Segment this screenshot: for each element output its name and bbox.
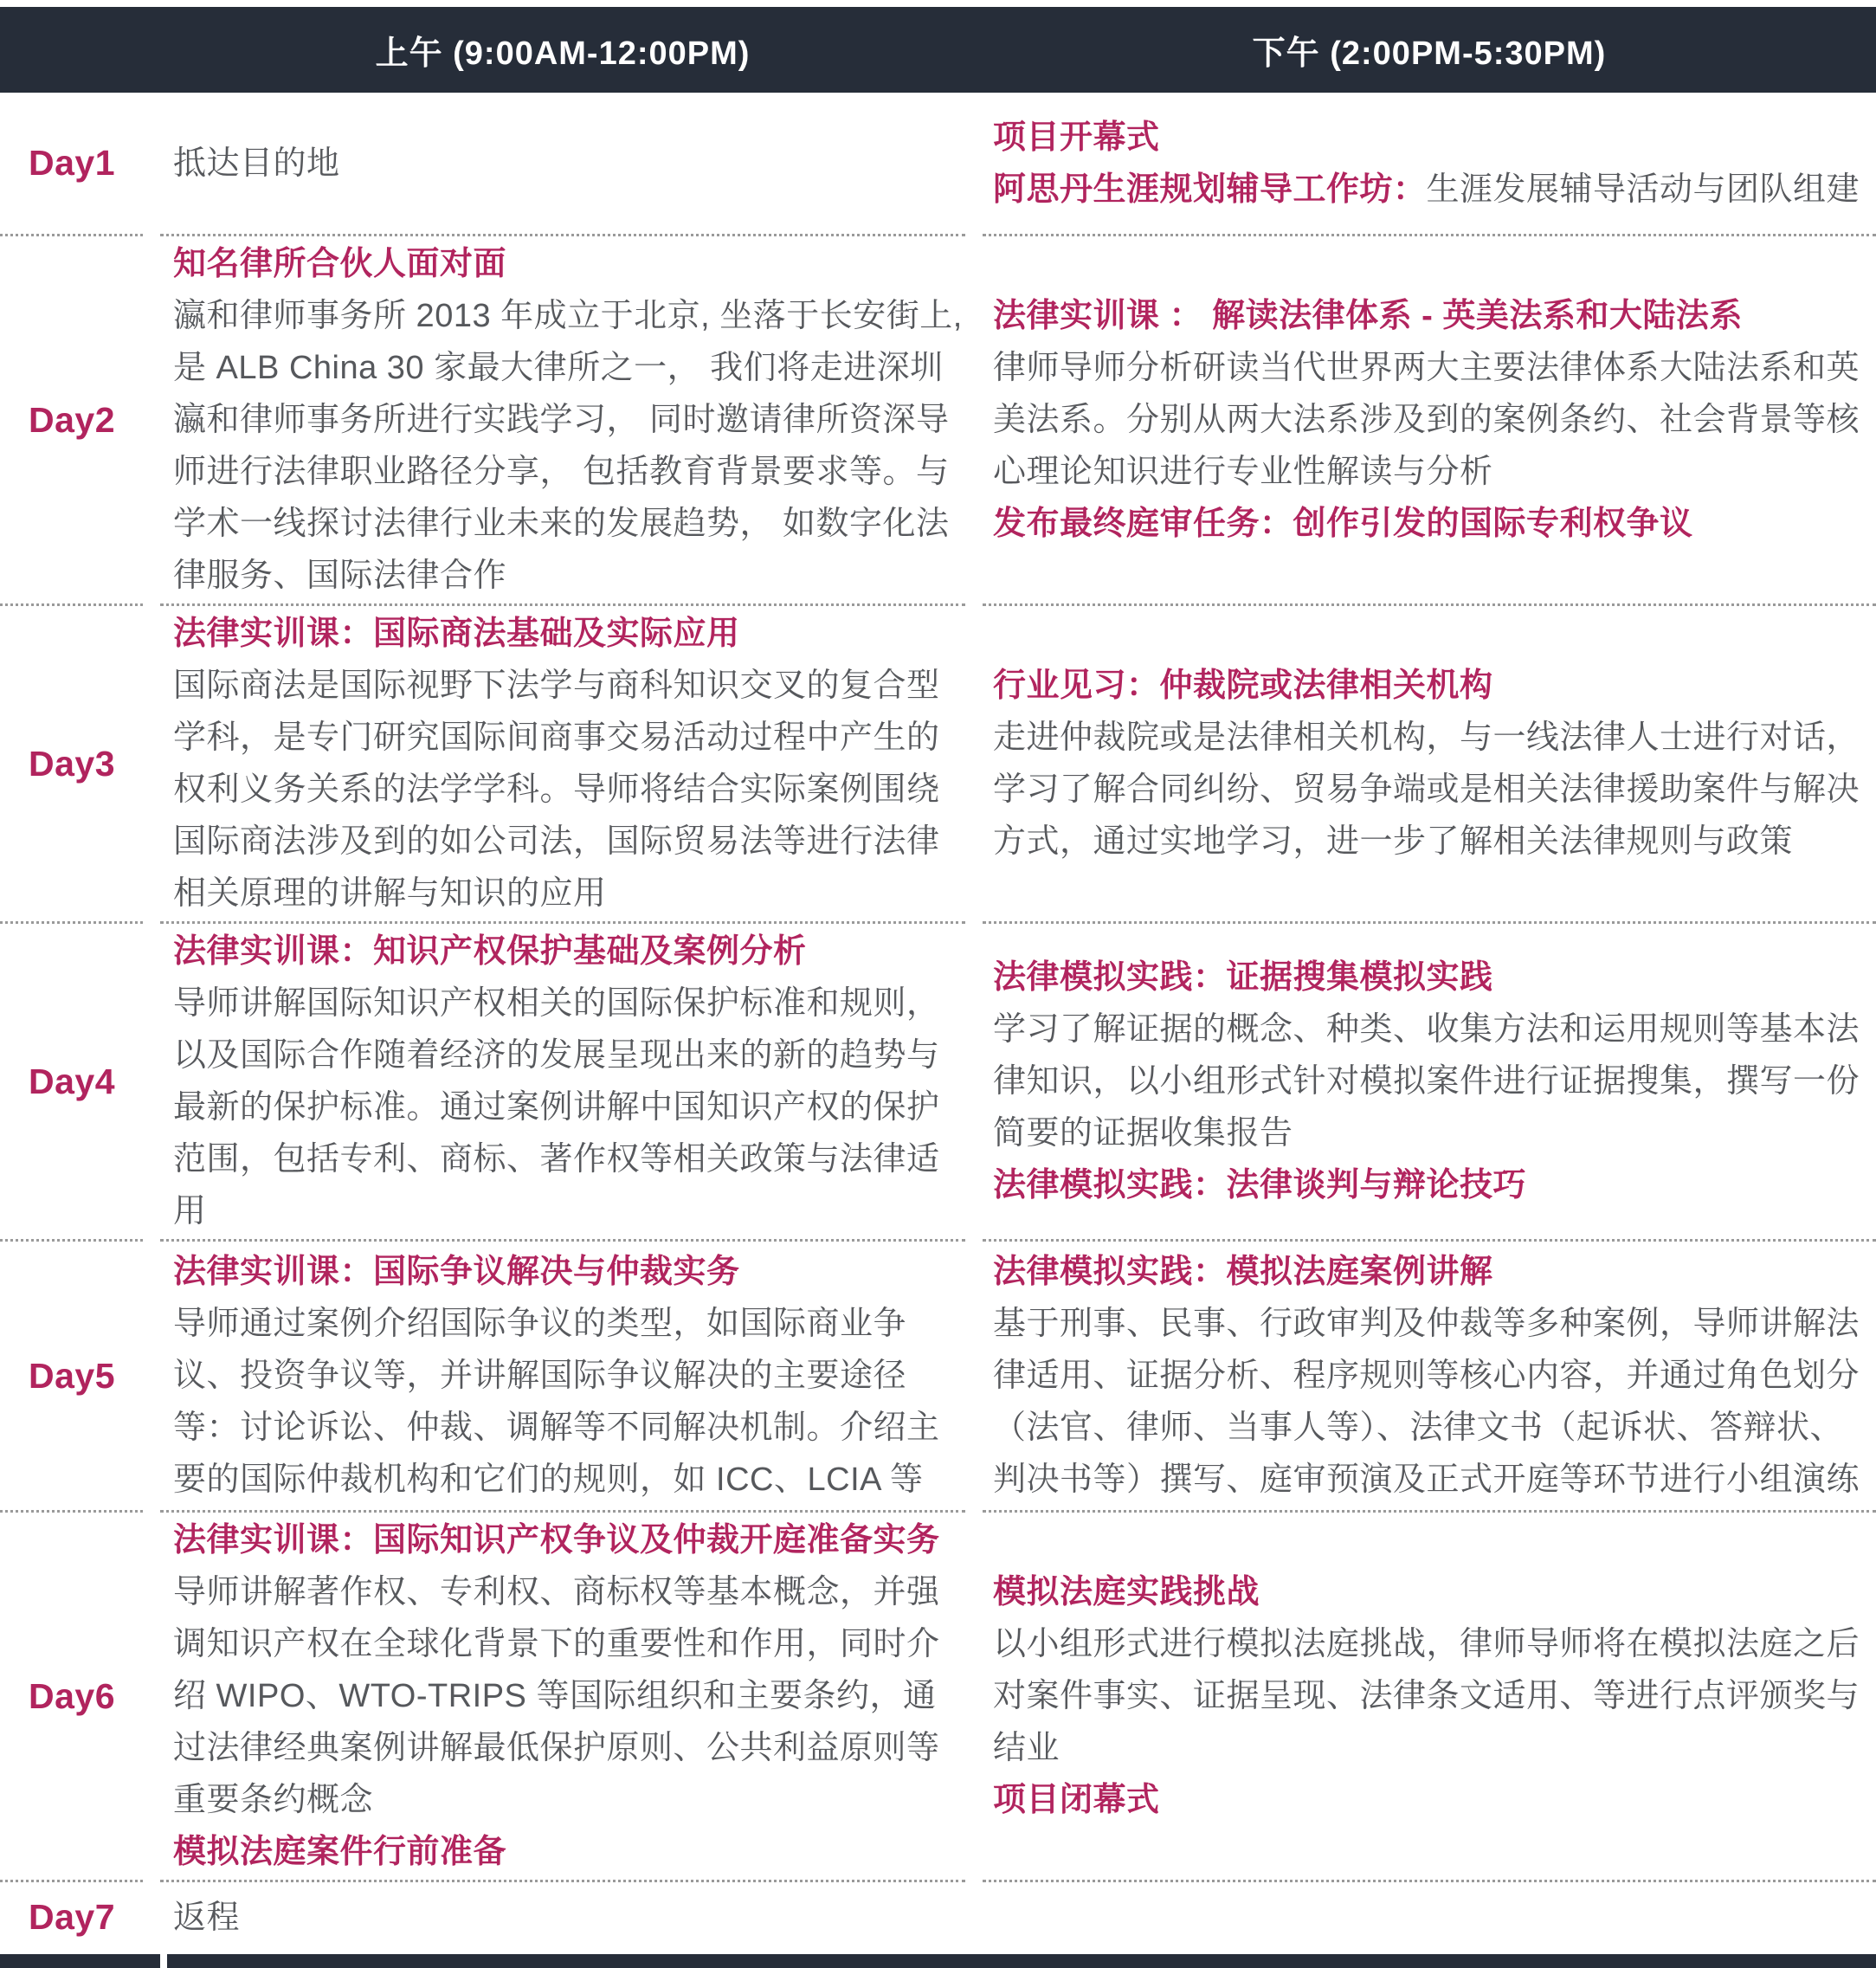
day3-label: Day3 — [29, 744, 115, 784]
table-row-day5: Day5 法律实训课：国际争议解决与仲裁实务 导师通过案例介绍国际争议的类型，如… — [0, 1242, 1876, 1513]
day2-afternoon-body: 律师导师分析研读当代世界两大主要法律体系大陆法系和英美法系。分别从两大法系涉及到… — [993, 342, 1867, 498]
day1-morning-text: 抵达目的地 — [173, 138, 965, 190]
day6-afternoon-cell: 模拟法庭实践挑战 以小组形式进行模拟法庭挑战，律师导师将在模拟法庭之后对案件事实… — [983, 1513, 1876, 1882]
header-afternoon: 下午 (2:00PM-5:30PM) — [983, 26, 1876, 74]
day1-afternoon-lead-bold: 阿思丹生涯规划辅导工作坊： — [993, 171, 1427, 208]
day6-label: Day6 — [29, 1676, 115, 1717]
itinerary-schedule: 上午 (9:00AM-12:00PM) 下午 (2:00PM-5:30PM) D… — [0, 0, 1876, 1968]
table-row-day2: Day2 知名律所合伙人面对面 瀛和律师事务所 2013 年成立于北京, 坐落于… — [0, 236, 1876, 606]
bottom-bar-gap — [160, 1954, 167, 1968]
day6-morning-cell: 法律实训课：国际知识产权争议及仲裁开庭准备实务 导师讲解著作权、专利权、商标权等… — [160, 1513, 965, 1882]
day6-morning-body: 导师讲解著作权、专利权、商标权等基本概念，并强调知识产权在全球化背景下的重要性和… — [173, 1566, 965, 1826]
day4-afternoon-body: 学习了解证据的概念、种类、收集方法和运用规则等基本法律知识，以小组形式针对模拟案… — [993, 1003, 1867, 1159]
day6-morning-title: 法律实训课：国际知识产权争议及仲裁开庭准备实务 — [173, 1514, 965, 1566]
day5-morning-title: 法律实训课：国际争议解决与仲裁实务 — [173, 1246, 965, 1298]
day7-afternoon-cell — [983, 1882, 1876, 1952]
table-row-day7: Day7 返程 — [0, 1882, 1876, 1952]
day2-afternoon-title: 法律实训课 ： 解读法律体系 - 英美法系和大陆法系 — [993, 290, 1867, 342]
day5-label: Day5 — [29, 1356, 115, 1397]
day6-afternoon-body: 以小组形式进行模拟法庭挑战，律师导师将在模拟法庭之后对案件事实、证据呈现、法律条… — [993, 1618, 1867, 1774]
table-header: 上午 (9:00AM-12:00PM) 下午 (2:00PM-5:30PM) — [0, 7, 1876, 93]
day6-afternoon-title: 模拟法庭实践挑战 — [993, 1566, 1867, 1618]
day1-afternoon-cell: 项目开幕式 阿思丹生涯规划辅导工作坊：生涯发展辅导活动与团队组建 — [983, 93, 1876, 236]
day2-label: Day2 — [29, 400, 115, 441]
day5-afternoon-cell: 法律模拟实践：模拟法庭案例讲解 基于刑事、民事、行政审判及仲裁等多种案例，导师讲… — [983, 1242, 1876, 1513]
day2-morning-cell: 知名律所合伙人面对面 瀛和律师事务所 2013 年成立于北京, 坐落于长安街上,… — [160, 236, 965, 606]
day7-morning-text: 返程 — [173, 1892, 965, 1944]
header-morning: 上午 (9:00AM-12:00PM) — [160, 26, 965, 74]
day2-morning-title: 知名律所合伙人面对面 — [173, 238, 965, 290]
day5-afternoon-title: 法律模拟实践：模拟法庭案例讲解 — [993, 1246, 1867, 1298]
day1-afternoon-lead: 阿思丹生涯规划辅导工作坊：生涯发展辅导活动与团队组建 — [993, 164, 1867, 216]
table-row-day1: Day1 抵达目的地 项目开幕式 阿思丹生涯规划辅导工作坊：生涯发展辅导活动与团… — [0, 93, 1876, 236]
day3-morning-cell: 法律实训课：国际商法基础及实际应用 国际商法是国际视野下法学与商科知识交叉的复合… — [160, 606, 965, 924]
day5-morning-body: 导师通过案例介绍国际争议的类型，如国际商业争议、投资争议等，并讲解国际争议解决的… — [173, 1298, 965, 1506]
day4-morning-body: 导师讲解国际知识产权相关的国际保护标准和规则，以及国际合作随着经济的发展呈现出来… — [173, 978, 965, 1237]
day6-afternoon-extra: 项目闭幕式 — [993, 1774, 1867, 1826]
day1-label: Day1 — [29, 143, 115, 184]
day6-morning-extra: 模拟法庭案件行前准备 — [173, 1826, 965, 1878]
day3-afternoon-title: 行业见习：仲裁院或法律相关机构 — [993, 660, 1867, 712]
bottom-bar-right-segment — [167, 1954, 1876, 1968]
day3-afternoon-body: 走进仲裁院或是法律相关机构，与一线法律人士进行对话，学习了解合同纠纷、贸易争端或… — [993, 712, 1867, 868]
table-row-day3: Day3 法律实训课：国际商法基础及实际应用 国际商法是国际视野下法学与商科知识… — [0, 606, 1876, 924]
day5-afternoon-body: 基于刑事、民事、行政审判及仲裁等多种案例，导师讲解法律适用、证据分析、程序规则等… — [993, 1298, 1867, 1506]
day5-morning-cell: 法律实训课：国际争议解决与仲裁实务 导师通过案例介绍国际争议的类型，如国际商业争… — [160, 1242, 965, 1513]
day1-afternoon-lead-rest: 生涯发展辅导活动与团队组建 — [1427, 171, 1860, 208]
day1-morning-cell: 抵达目的地 — [160, 93, 965, 236]
day1-afternoon-title: 项目开幕式 — [993, 112, 1867, 164]
day4-afternoon-title: 法律模拟实践：证据搜集模拟实践 — [993, 952, 1867, 1003]
day2-morning-body: 瀛和律师事务所 2013 年成立于北京, 坐落于长安街上, 是 ALB Chin… — [173, 290, 965, 602]
bottom-bar — [0, 1954, 1876, 1968]
day3-afternoon-cell: 行业见习：仲裁院或法律相关机构 走进仲裁院或是法律相关机构，与一线法律人士进行对… — [983, 606, 1876, 924]
day4-label: Day4 — [29, 1061, 115, 1102]
table-row-day6: Day6 法律实训课：国际知识产权争议及仲裁开庭准备实务 导师讲解著作权、专利权… — [0, 1513, 1876, 1882]
day2-afternoon-cell: 法律实训课 ： 解读法律体系 - 英美法系和大陆法系 律师导师分析研读当代世界两… — [983, 236, 1876, 606]
day4-afternoon-cell: 法律模拟实践：证据搜集模拟实践 学习了解证据的概念、种类、收集方法和运用规则等基… — [983, 924, 1876, 1242]
day2-afternoon-extra: 发布最终庭审任务：创作引发的国际专利权争议 — [993, 498, 1867, 550]
day4-morning-cell: 法律实训课：知识产权保护基础及案例分析 导师讲解国际知识产权相关的国际保护标准和… — [160, 924, 965, 1242]
day7-morning-cell: 返程 — [160, 1882, 965, 1952]
day4-morning-title: 法律实训课：知识产权保护基础及案例分析 — [173, 926, 965, 978]
day4-afternoon-extra: 法律模拟实践：法律谈判与辩论技巧 — [993, 1159, 1867, 1211]
day3-morning-title: 法律实训课：国际商法基础及实际应用 — [173, 608, 965, 660]
day3-morning-body: 国际商法是国际视野下法学与商科知识交叉的复合型学科，是专门研究国际间商事交易活动… — [173, 660, 965, 919]
day7-label: Day7 — [29, 1897, 115, 1938]
table-row-day4: Day4 法律实训课：知识产权保护基础及案例分析 导师讲解国际知识产权相关的国际… — [0, 924, 1876, 1242]
bottom-bar-left-segment — [0, 1954, 160, 1968]
